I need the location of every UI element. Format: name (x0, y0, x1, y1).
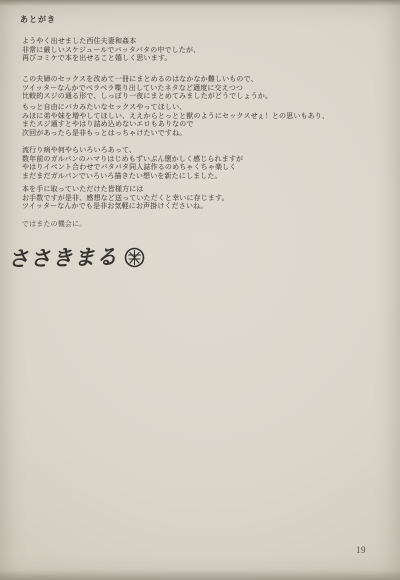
paragraph-making-of: この夫婦のセックスを改めて一冊にまとめるのはなかなか難しいもので、 ツイッターな… (22, 75, 386, 101)
text-line: 数年前のガルパンのハマりはじめもずいぶん懐かしく感じられますが (22, 155, 386, 164)
text-line: ツイッターなんかでベラベラ喋り出していたネタなど適度に交えつつ (22, 84, 386, 93)
page-number: 19 (356, 545, 366, 555)
paragraph-intro: ようやく出せました西住夫妻和姦本 非常に厳しいスケジュールでバッタバタの中でした… (22, 37, 386, 63)
text-line: みほに弟や妹を増やしてほしい、ええからとっとと獣のようにセックスせぇ！との思いも… (22, 112, 386, 121)
artist-seal-icon (124, 247, 145, 268)
text-line: 次回があったら是非もっとはっちゃけたいですね。 (22, 129, 386, 138)
text-line: 非常に厳しいスケジュールでバッタバタの中でしたが、 (22, 46, 386, 55)
paragraph-reflection: 流行り病や何やらいろいろあって、 数年前のガルパンのハマりはじめもずいぶん懐かし… (22, 146, 386, 180)
afterword-page: あとがき ようやく出せました西住夫妻和姦本 非常に厳しいスケジュールでバッタバタ… (0, 0, 400, 580)
text-line: もっと自由にバカみたいなセックスやってほしい、 (22, 103, 386, 112)
text-line: ようやく出せました西住夫妻和姦本 (22, 37, 386, 46)
text-line: まだまだガルパンでいろいろ描きたい想いを新たにしました。 (22, 172, 386, 181)
text-line: 流行り病や何やらいろいろあって、 (22, 146, 386, 155)
paragraph-thanks: 本を手に取っていただけた皆様方には お手数ですが是非、感想など送っていただくと幸… (22, 185, 386, 211)
paragraph-thoughts: もっと自由にバカみたいなセックスやってほしい、 みほに弟や妹を増やしてほしい、え… (22, 103, 386, 137)
text-line: 比較的スジの通る形で、しっぽり一夜にまとめてみましたがどうでしょうか。 (22, 92, 386, 101)
artist-signature: ささきまる (8, 241, 119, 273)
text-line: やはりイベント合わせでバタバタ同人誌作るのめちゃくちゃ楽しく (22, 163, 386, 172)
text-line: お手数ですが是非、感想など送っていただくと幸いに存じます。 (22, 194, 386, 203)
page-title: あとがき (20, 14, 56, 25)
text-line: ツイッターなんかでも是非お気軽にお声掛けくださいね。 (22, 202, 386, 211)
text-line: 再びコミケで本を出せること嬉しく思います。 (22, 54, 386, 63)
text-line: 本を手に取っていただけた皆様方には (22, 185, 386, 194)
signature-block: ささきまる (8, 242, 145, 272)
text-line: またスジ通すとやはり詰め込めないエロもありなので (22, 120, 386, 129)
closing-line: ではまたの機会に。 (22, 219, 86, 229)
text-line: この夫婦のセックスを改めて一冊にまとめるのはなかなか難しいもので、 (22, 75, 386, 84)
